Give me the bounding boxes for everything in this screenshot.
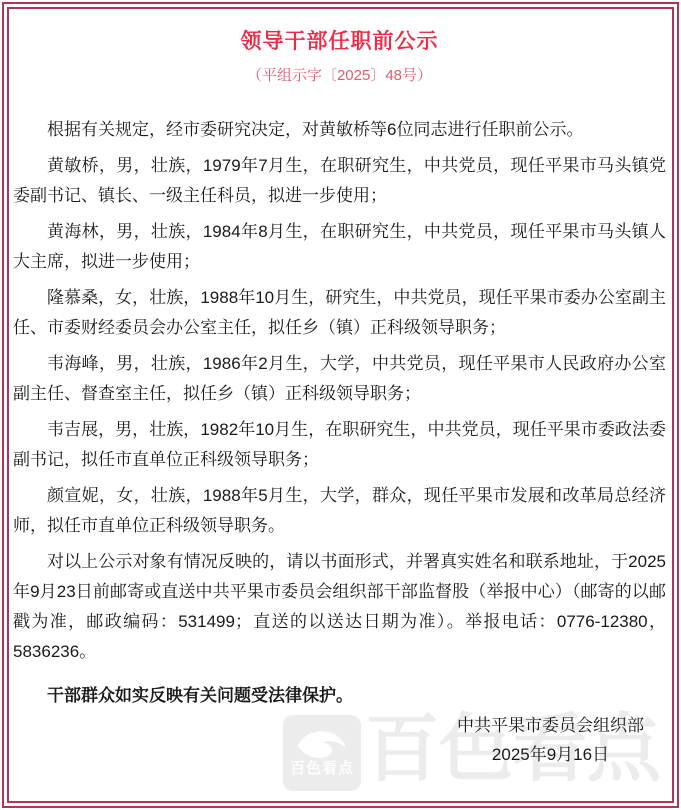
signature-org: 中共平果市委员会组织部: [457, 713, 644, 739]
body-paragraph: 颜宣妮，女，壮族，1988年5月生，大学，群众，现任平果市发展和改革局总经济师，…: [13, 481, 666, 541]
body-paragraph: 根据有关规定，经市委研究决定，对黄敏桥等6位同志进行任职前公示。: [13, 115, 666, 145]
body-paragraph: 对以上公示对象有情况反映的，请以书面形式，并署真实姓名和联系地址，于2025年9…: [13, 547, 666, 667]
swirl-eye-icon: [296, 728, 348, 760]
body-paragraph: 隆慕桑，女，壮族，1988年10月生，研究生，中共党员，现任平果市委办公室副主任…: [13, 283, 666, 343]
legal-notice: 干部群众如实反映有关问题受法律保护。: [13, 681, 666, 711]
signature-block: 中共平果市委员会组织部 2025年9月16日: [457, 713, 644, 771]
outer-border-frame: 百色看点 百色看点 领导干部任职前公示 （平组示字〔2025〕48号） 根据有关…: [2, 2, 679, 808]
body-paragraph: 黄敏桥，男，壮族，1979年7月生，在职研究生，中共党员，现任平果市马头镇党委副…: [13, 151, 666, 211]
document-number: （平组示字〔2025〕48号）: [13, 64, 666, 85]
body-paragraph: 黄海林，男，壮族，1984年8月生，在职研究生，中共党员，现任平果市马头镇人大主…: [13, 217, 666, 277]
body-paragraph: 韦吉展，男，壮族，1982年10月生，在职研究生，中共党员，现任平果市委政法委副…: [13, 415, 666, 475]
signature-date: 2025年9月16日: [457, 739, 644, 771]
watermark-logo-caption: 百色看点: [290, 760, 354, 778]
document-content: 领导干部任职前公示 （平组示字〔2025〕48号） 根据有关规定，经市委研究决定…: [9, 25, 672, 711]
body-paragraph: 韦海峰，男，壮族，1986年2月生，大学，中共党员，现任平果市人民政府办公室副主…: [13, 349, 666, 409]
document-title: 领导干部任职前公示: [13, 25, 666, 55]
announcement-page: 百色看点 百色看点 领导干部任职前公示 （平组示字〔2025〕48号） 根据有关…: [0, 0, 681, 810]
baise-kandian-logo: 百色看点: [283, 715, 361, 791]
document-body: 根据有关规定，经市委研究决定，对黄敏桥等6位同志进行任职前公示。黄敏桥，男，壮族…: [13, 115, 666, 667]
inner-border-frame: 百色看点 百色看点 领导干部任职前公示 （平组示字〔2025〕48号） 根据有关…: [7, 7, 674, 803]
